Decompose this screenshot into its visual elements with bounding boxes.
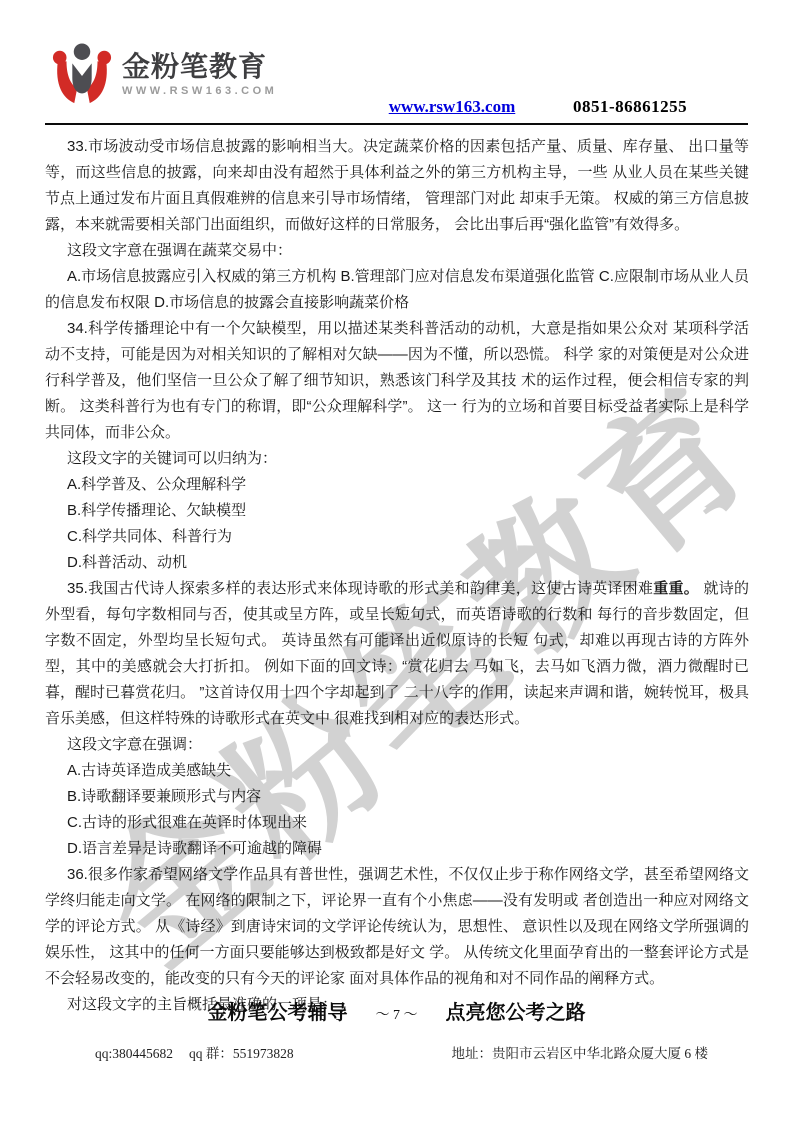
site-link[interactable]: www.rsw163.com	[343, 97, 561, 117]
question-33-prompt: 这段文字意在强调在蔬菜交易中：	[45, 238, 749, 264]
phone-number: 0851-86861255	[573, 97, 687, 117]
brand-logo: 金粉笔教育 WWW.RSW163.COM	[51, 42, 277, 106]
question-35-stem: 35.我国古代诗人探索多样的表达形式来体现诗歌的形式美和韵律美，这使古诗英译困难…	[45, 576, 749, 732]
content-body: 33.市场波动受市场信息披露的影响相当大。决定蔬菜价格的因素包括产量、质量、库存…	[45, 134, 749, 1018]
brand-text: 金粉笔教育 WWW.RSW163.COM	[122, 51, 277, 97]
question-34-option-a: A.科学普及、公众理解科学	[45, 472, 749, 498]
brand-website-small: WWW.RSW163.COM	[122, 85, 277, 97]
question-34-option-d: D.科普活动、动机	[45, 550, 749, 576]
contact-row: qq:380445682qq 群：551973828 地址：贵阳市云岩区中华北路…	[45, 1042, 748, 1062]
qq-contacts: qq:380445682qq 群：551973828	[45, 1042, 294, 1062]
question-35-prompt: 这段文字意在强调：	[45, 732, 749, 758]
qq-group: qq 群：551973828	[189, 1046, 294, 1061]
question-34-option-b: B.科学传播理论、欠缺模型	[45, 498, 749, 524]
brand-name: 金粉笔教育	[122, 51, 277, 83]
footer-slogan: 点亮您公考之路	[446, 1002, 586, 1024]
footer-brand: 金粉笔公考辅导	[208, 1002, 348, 1024]
page-footer: 金粉笔公考辅导～ 7 ～点亮您公考之路	[0, 996, 793, 1025]
question-33-options: A.市场信息披露应引入权威的第三方机构 B.管理部门应对信息发布渠道强化监管 C…	[45, 264, 749, 316]
document-page: 金粉笔教育 金粉笔教育 WWW.RSW163.COM www.rsw163.co…	[0, 0, 793, 1122]
qq-number: qq:380445682	[95, 1046, 173, 1061]
question-34-prompt: 这段文字的关键词可以归纳为：	[45, 446, 749, 472]
header: 金粉笔教育 WWW.RSW163.COM www.rsw163.com 0851…	[45, 42, 748, 125]
question-33-stem: 33.市场波动受市场信息披露的影响相当大。决定蔬菜价格的因素包括产量、质量、库存…	[45, 134, 749, 238]
question-35-option-d: D.语言差异是诗歌翻译不可逾越的障碍	[45, 836, 749, 862]
page-number: ～ 7 ～	[376, 1008, 418, 1023]
brand-emblem-icon	[51, 42, 113, 106]
address: 地址：贵阳市云岩区中华北路众厦大厦 6 楼	[452, 1042, 749, 1062]
question-34-stem: 34.科学传播理论中有一个欠缺模型，用以描述某类科普活动的动机，大意是指如果公众…	[45, 316, 749, 446]
question-35-option-b: B.诗歌翻译要兼顾形式与内容	[45, 784, 749, 810]
question-35-option-a: A.古诗英译造成美感缺失	[45, 758, 749, 784]
question-35-stem-post: 就诗的外型看，每句字数相同与否，使其或呈方阵，或呈长短句式，而英语诗歌的行数和 …	[45, 580, 749, 727]
question-35-stem-pre: 35.我国古代诗人探索多样的表达形式来体现诗歌的形式美和韵律美，这使古诗英译困难	[67, 580, 653, 597]
question-35-stem-bold: 重重。	[653, 580, 699, 597]
question-34-option-c: C.科学共同体、科普行为	[45, 524, 749, 550]
question-35-option-c: C.古诗的形式很难在英译时体现出来	[45, 810, 749, 836]
question-36-stem: 36.很多作家希望网络文学作品具有普世性，强调艺术性，不仅仅止步于称作网络文学，…	[45, 862, 749, 992]
